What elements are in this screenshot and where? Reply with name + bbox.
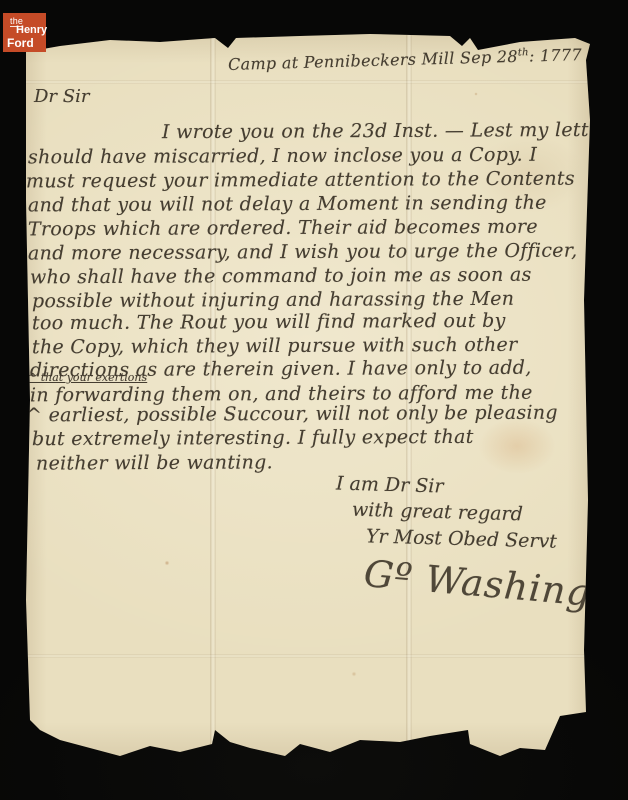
photo-background: the Henry Ford Camp at Pennibeckers Mill… bbox=[0, 0, 628, 800]
letter-salutation: Dr Sir bbox=[34, 86, 89, 107]
letter-dateline: Camp at Pennibeckers Mill Sep 28th: 1777 bbox=[228, 45, 582, 74]
letter-body-line: too much. The Rout you will find marked … bbox=[32, 310, 506, 334]
letter-body-line: and more necessary, and I wish you to ur… bbox=[28, 240, 578, 265]
letter-body-line: but extremely interesting. I fully expec… bbox=[32, 426, 474, 450]
letter-body-line: I wrote you on the 23d Inst. — Lest my l… bbox=[162, 119, 610, 143]
letter-body-line: should have miscarried, I now inclose yo… bbox=[28, 144, 537, 169]
washington-signature: Gº Washington bbox=[362, 552, 628, 620]
dateline-year: : 1777 bbox=[529, 45, 583, 65]
horizontal-crease bbox=[24, 654, 590, 658]
letter-body-line: neither will be wanting. bbox=[36, 451, 273, 474]
letter-body-line: and that you will not delay a Moment in … bbox=[28, 192, 547, 217]
letter-body-line: must request your immediate attention to… bbox=[26, 168, 575, 193]
dateline-text: Camp at Pennibeckers Mill Sep 28 bbox=[228, 47, 518, 74]
letter-closing-line: I am Dr Sir bbox=[336, 473, 444, 498]
letter-body-line: possible without injuring and harassing … bbox=[32, 288, 514, 313]
letter-paper: Camp at Pennibeckers Mill Sep 28th: 1777… bbox=[24, 34, 590, 766]
logo-ford: Ford bbox=[7, 36, 34, 50]
letter-body-line: who shall have the command to join me as… bbox=[30, 264, 532, 289]
letter-closing-line: with great regard bbox=[352, 499, 523, 526]
dateline-superscript: th bbox=[518, 47, 529, 58]
letter-body-line: the Copy, which they will pursue with su… bbox=[32, 334, 518, 359]
letter-body-line: directions as are therein given. I have … bbox=[30, 357, 532, 382]
letter-body-line: ^ earliest, possible Succour, will not o… bbox=[26, 402, 558, 427]
letter-closing-line: Yr Most Obed Servt bbox=[366, 525, 557, 552]
henry-ford-logo: the Henry Ford bbox=[3, 13, 46, 52]
letter-body-line: Troops which are ordered. Their aid beco… bbox=[28, 216, 538, 241]
logo-henry: Henry bbox=[16, 24, 47, 36]
horizontal-crease bbox=[24, 80, 590, 84]
